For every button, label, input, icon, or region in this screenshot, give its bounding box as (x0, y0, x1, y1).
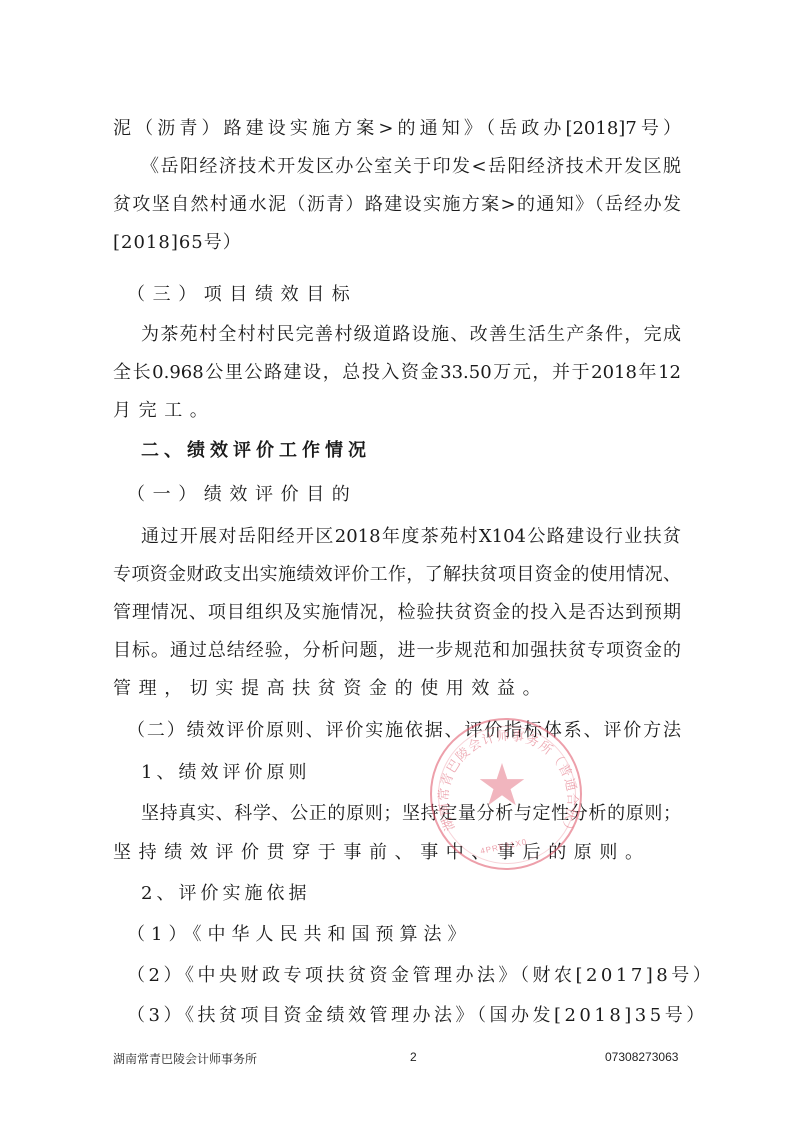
list-item: （2）《中央财政专项扶贫资金管理办法》（财农[2017]8号） (127, 961, 695, 991)
list-item: （3）《扶贫项目资金绩效管理办法》（国办发[2018]35号） (127, 1001, 695, 1031)
chapter-heading: 二、绩效评价工作情况 (141, 436, 681, 466)
body-line: 通过开展对岳阳经开区2018年度茶苑村X104公路建设行业扶贫 (141, 522, 681, 552)
body-line: 泥（沥青）路建设实施方案>的通知》（岳政办[2018]7号） (113, 114, 681, 144)
section-heading-1: （一）绩效评价目的 (127, 480, 695, 510)
body-line: 管理情况、项目组织及实施情况，检验扶贫资金的投入是否达到预期 (113, 598, 681, 628)
body-line: 全长0.968公里公路建设，总投入资金33.50万元，并于2018年12 (113, 358, 681, 388)
subsection-heading: 1、绩效评价原则 (141, 758, 681, 788)
body-line: 专项资金财政支出实施绩效评价工作，了解扶贫项目资金的使用情况、 (113, 560, 681, 590)
section-heading-2: （二）绩效评价原则、评价实施依据、评价指标体系、评价方法 (127, 716, 681, 746)
body-line: 目标。通过总结经验，分析问题，进一步规范和加强扶贫专项资金的 (113, 636, 681, 666)
body-line: 贫攻坚自然村通水泥（沥青）路建设实施方案>的通知》（岳经办发 (113, 190, 681, 220)
section-heading-3: （三）项目绩效目标 (127, 280, 695, 310)
body-line: 坚持绩效评价贯穿于事前、事中、事后的原则。 (113, 838, 681, 868)
body-line: 管理，切实提高扶贫资金的使用效益。 (113, 674, 681, 704)
body-line: 为茶苑村全村村民完善村级道路设施、改善生活生产条件，完成 (141, 320, 681, 350)
footer-phone: 07308273063 (605, 1050, 678, 1064)
body-line: 《岳阳经济技术开发区办公室关于印发<岳阳经济技术开发区脱 (141, 152, 681, 182)
body-line: 月完工。 (113, 396, 681, 426)
body-line: [2018]65号） (113, 228, 681, 258)
list-item: （1）《中华人民共和国预算法》 (127, 920, 695, 950)
body-line: 坚持真实、科学、公正的原则；坚持定量分析与定性分析的原则； (141, 799, 681, 829)
document-page: 泥（沥青）路建设实施方案>的通知》（岳政办[2018]7号） 《岳阳经济技术开发… (0, 0, 793, 1121)
footer-firm-name: 湖南常青巴陵会计师事务所 (113, 1050, 257, 1067)
subsection-heading: 2、评价实施依据 (141, 879, 681, 909)
footer-page-number: 2 (410, 1050, 417, 1064)
